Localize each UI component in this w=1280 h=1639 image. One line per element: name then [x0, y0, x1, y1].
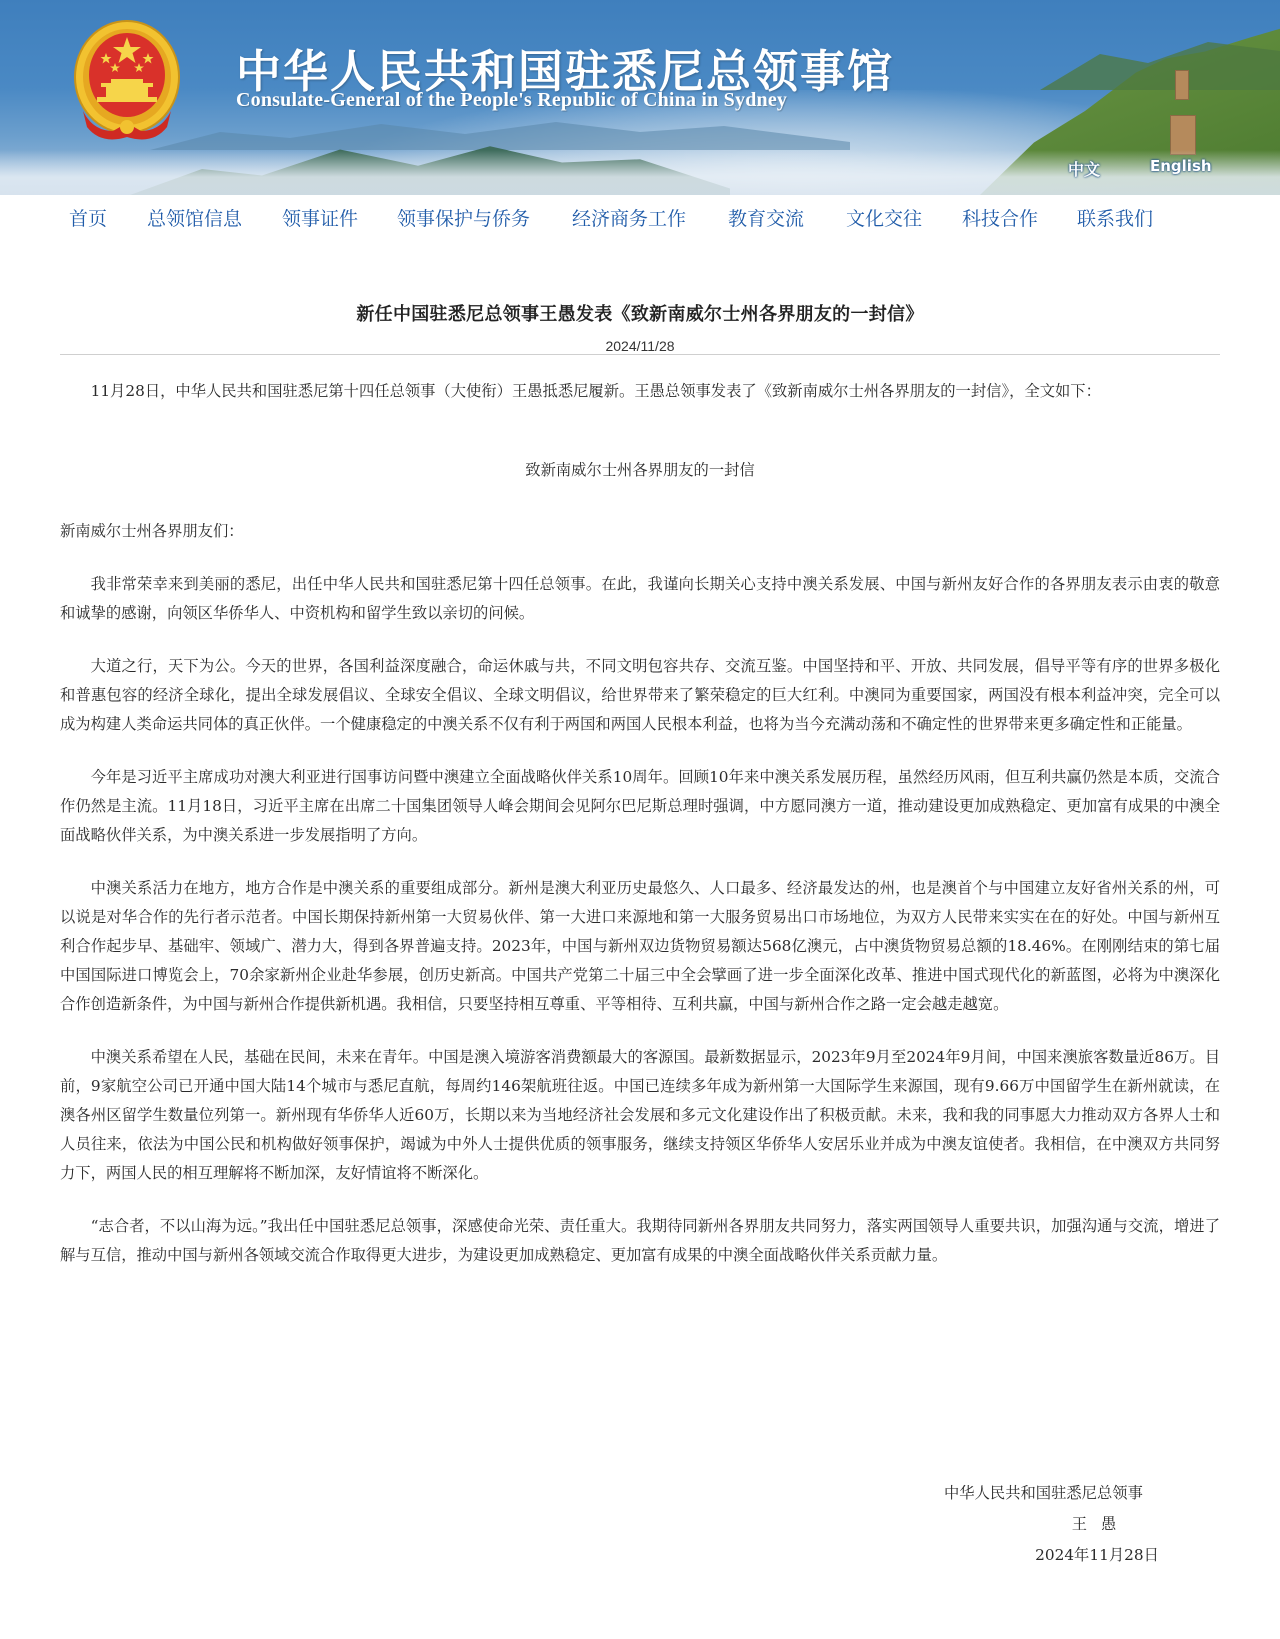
- letter-paragraph: 今年是习近平主席成功对澳大利亚进行国事访问暨中澳建立全面战略伙伴关系10周年。回…: [60, 763, 1220, 850]
- nav-contact-us[interactable]: 联系我们: [1077, 204, 1153, 231]
- header-banner: 中华人民共和国驻悉尼总领事馆 Consulate-General of the …: [0, 0, 1280, 195]
- site-title-en: Consulate-General of the People's Republ…: [236, 89, 787, 112]
- main-nav: 首页 总领馆信息 领事证件 领事保护与侨务 经济商务工作 教育交流 文化交往 科…: [0, 196, 1280, 240]
- lang-chinese-link[interactable]: 中文: [1068, 157, 1100, 179]
- signature-date: 2024年11月28日: [900, 1540, 1260, 1571]
- letter-paragraph: 中澳关系希望在人民，基础在民间，未来在青年。中国是澳入境游客消费额最大的客源国。…: [60, 1043, 1220, 1188]
- nav-education[interactable]: 教育交流: [728, 204, 804, 231]
- letter-title: 致新南威尔士州各界朋友的一封信: [60, 456, 1220, 485]
- letter-salutation: 新南威尔士州各界朋友们：: [60, 517, 1220, 546]
- article-title: 新任中国驻悉尼总领事王愚发表《致新南威尔士州各界朋友的一封信》: [0, 300, 1280, 326]
- banner-ridge: [1040, 30, 1280, 90]
- national-emblem-icon: [73, 19, 181, 149]
- letter-paragraph: 我非常荣幸来到美丽的悉尼，出任中华人民共和国驻悉尼第十四任总领事。在此，我谨向长…: [60, 570, 1220, 628]
- article-header: 新任中国驻悉尼总领事王愚发表《致新南威尔士州各界朋友的一封信》 2024/11/…: [0, 300, 1280, 354]
- title-divider: [60, 354, 1220, 355]
- letter-paragraph: 中澳关系活力在地方，地方合作是中澳关系的重要组成部分。新州是澳大利亚历史最悠久、…: [60, 874, 1220, 1019]
- letter-paragraph: “志合者，不以山海为远。”我出任中国驻悉尼总领事，深感使命光荣、责任重大。我期待…: [60, 1212, 1220, 1270]
- article-date: 2024/11/28: [0, 338, 1280, 354]
- nav-culture[interactable]: 文化交往: [846, 204, 922, 231]
- signature-name: 王愚: [900, 1509, 1260, 1540]
- article-intro: 11月28日，中华人民共和国驻悉尼第十四任总领事（大使衔）王愚抵悉尼履新。王愚总…: [60, 377, 1220, 406]
- great-wall-tower: [1175, 70, 1189, 100]
- letter-paragraph: 大道之行，天下为公。今天的世界，各国利益深度融合，命运休戚与共，不同文明包容共存…: [60, 652, 1220, 739]
- signature-organization: 中华人民共和国驻悉尼总领事: [900, 1478, 1260, 1509]
- letter-signature: 中华人民共和国驻悉尼总领事 王愚 2024年11月28日: [900, 1478, 1260, 1571]
- great-wall-tower: [1170, 115, 1196, 155]
- nav-economy-commerce[interactable]: 经济商务工作: [572, 204, 686, 231]
- nav-consulate-info[interactable]: 总领馆信息: [147, 204, 242, 231]
- nav-home[interactable]: 首页: [69, 204, 107, 231]
- nav-science-tech[interactable]: 科技合作: [962, 204, 1038, 231]
- lang-english-link[interactable]: English: [1150, 157, 1212, 179]
- article-body: 11月28日，中华人民共和国驻悉尼第十四任总领事（大使衔）王愚抵悉尼履新。王愚总…: [60, 377, 1220, 1270]
- nav-consular-documents[interactable]: 领事证件: [282, 204, 358, 231]
- nav-consular-protection[interactable]: 领事保护与侨务: [397, 204, 530, 231]
